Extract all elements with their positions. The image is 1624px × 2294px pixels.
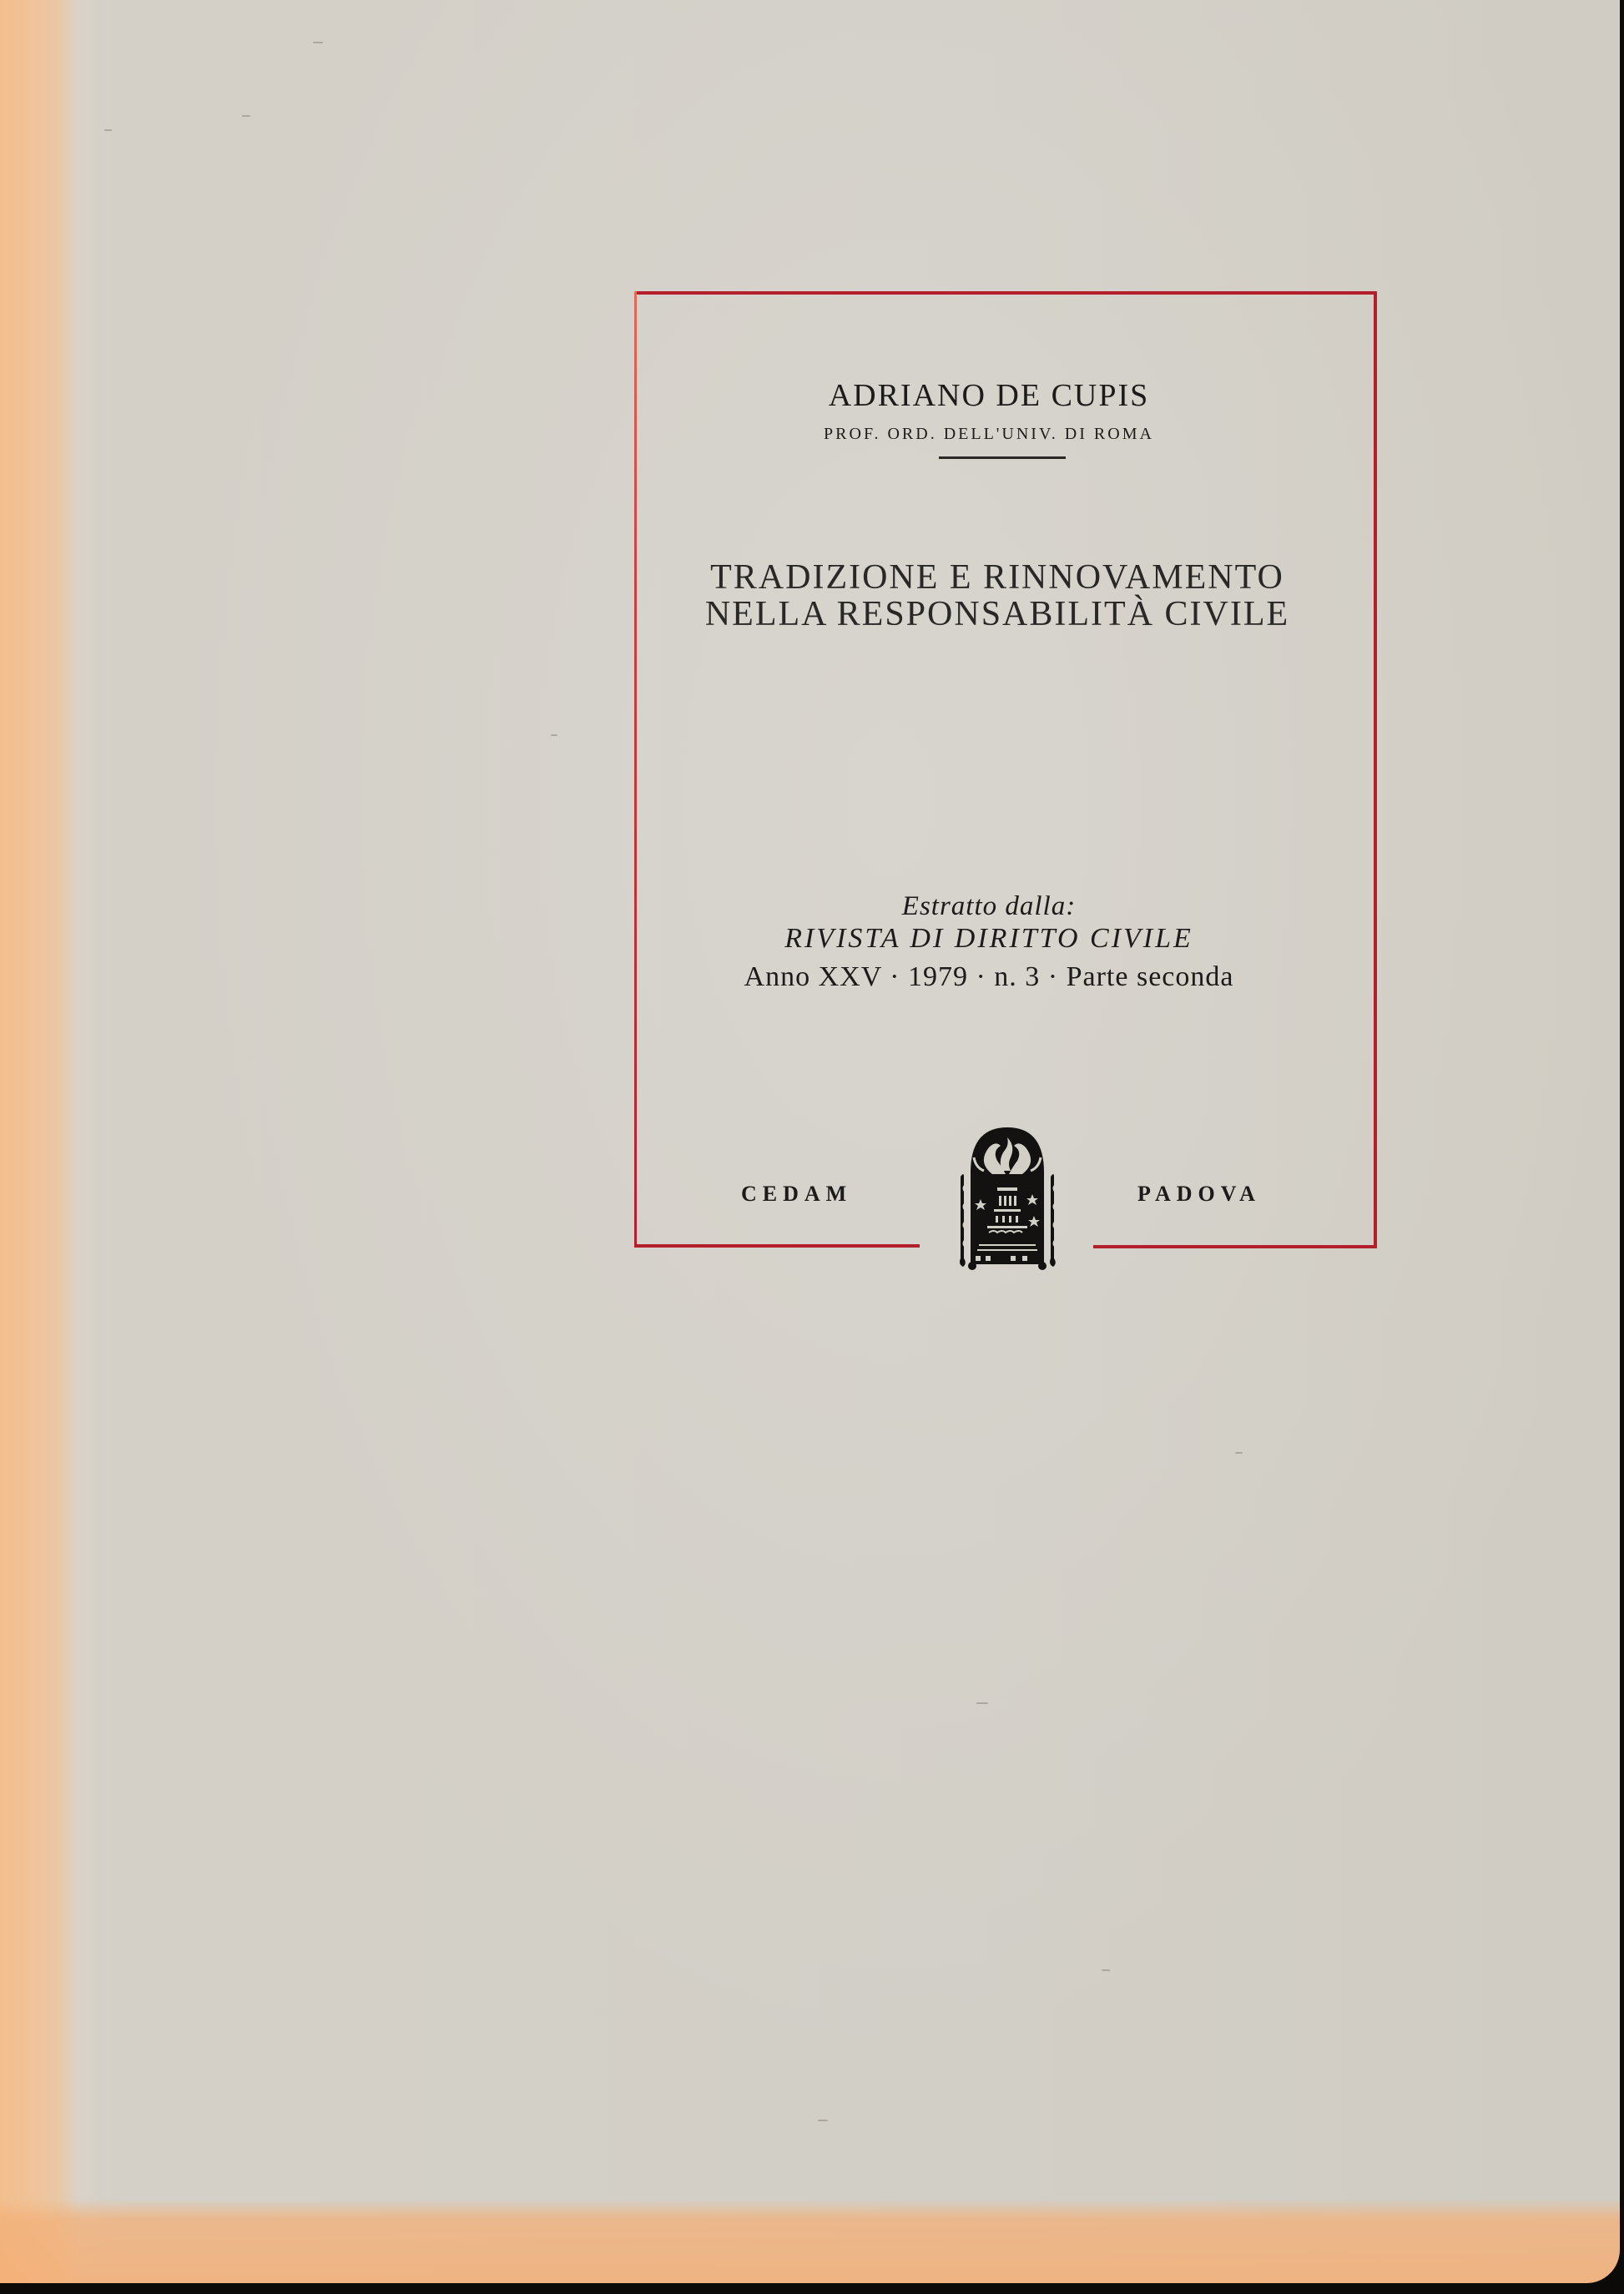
paper-speck bbox=[976, 1702, 988, 1704]
publisher-emblem-icon bbox=[956, 1122, 1060, 1271]
title-line-2: NELLA RESPONSABILITÀ CIVILE bbox=[634, 594, 1360, 634]
separator-rule bbox=[939, 456, 1066, 459]
frame-top-line bbox=[634, 291, 1377, 295]
issue-info: Anno XXV · 1979 · n. 3 · Parte seconda bbox=[634, 961, 1344, 993]
publisher-city: PADOVA bbox=[1137, 1182, 1261, 1207]
paper-speck bbox=[818, 2120, 828, 2121]
frame-bottom-left-line bbox=[634, 1244, 920, 1248]
publisher-name: CEDAM bbox=[741, 1182, 852, 1207]
title-line-1: TRADIZIONE E RINNOVAMENTO bbox=[634, 557, 1360, 597]
paper-speck bbox=[1102, 1969, 1110, 1971]
paper-speck bbox=[104, 129, 112, 131]
author-affiliation: PROF. ORD. DELL'UNIV. DI ROMA bbox=[634, 425, 1344, 444]
frame-right-line bbox=[1374, 293, 1377, 1248]
extract-label: Estratto dalla: bbox=[634, 891, 1344, 922]
frame-bottom-right-line bbox=[1093, 1245, 1377, 1248]
paper-speck bbox=[551, 734, 557, 736]
journal-name: RIVISTA DI DIRITTO CIVILE bbox=[634, 923, 1344, 955]
paper-speck bbox=[242, 115, 250, 117]
author-name: ADRIANO DE CUPIS bbox=[634, 377, 1344, 414]
paper-speck bbox=[313, 42, 323, 43]
paper-speck bbox=[1235, 1452, 1243, 1454]
cover-page: ADRIANO DE CUPIS PROF. ORD. DELL'UNIV. D… bbox=[0, 0, 1620, 2283]
